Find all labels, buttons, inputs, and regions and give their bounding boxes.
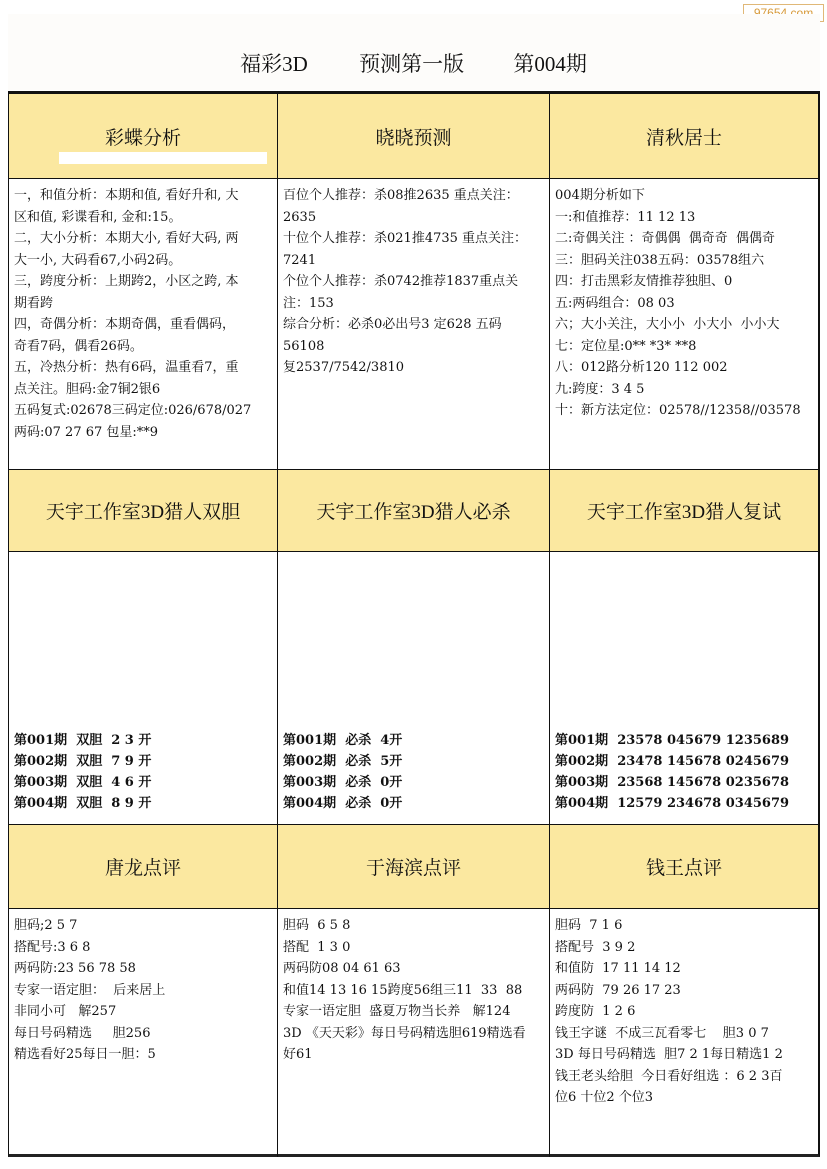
header-label: 于海滨点评 bbox=[366, 853, 461, 880]
header-label: 唐龙点评 bbox=[105, 853, 181, 880]
text-line: 第003期 必杀 0开 bbox=[283, 772, 545, 793]
text-line: 第004期 必杀 0开 bbox=[283, 793, 545, 814]
text-line: 大一小, 大码看67,小码2码。 bbox=[14, 250, 272, 272]
text-line: 十位个人推荐：杀021推4735 重点关注： bbox=[283, 228, 544, 250]
header-label: 清秋居士 bbox=[646, 123, 722, 150]
header-label: 晓晓预测 bbox=[375, 123, 451, 150]
text-line: 三：胆码关注038五码：03578组六 bbox=[555, 250, 813, 272]
header-label: 钱王点评 bbox=[646, 853, 722, 880]
prediction-table: 彩蝶分析 晓晓预测 清秋居士 一，和值分析：本期和值, 看好升和, 大区和值, … bbox=[8, 91, 820, 1157]
text-line: 注：153 bbox=[283, 293, 544, 315]
text-line: 第002期 23478 145678 0245679 bbox=[555, 751, 814, 772]
title-lottery-name: 福彩3D bbox=[240, 48, 308, 78]
text-line: 第002期 双胆 7 9 开 bbox=[14, 751, 273, 772]
text-line: 五码复式:02678三码定位:026/678/027 bbox=[14, 400, 272, 422]
text-line: 第001期 23578 045679 1235689 bbox=[555, 730, 814, 751]
redaction-smudge bbox=[69, 300, 259, 308]
header-qianwang: 钱王点评 bbox=[550, 825, 818, 908]
xiaoxiao-prediction: 百位个人推荐：杀08推2635 重点关注：2635十位个人推荐：杀021推473… bbox=[278, 179, 550, 469]
yuhaibin-review: 胆码 6 5 8搭配 1 3 0两码防08 04 61 63和值14 13 16… bbox=[278, 909, 550, 1157]
text-line: 两码防 79 26 17 23 bbox=[555, 980, 813, 1002]
header-must-kill: 天宇工作室3D猎人必杀 bbox=[278, 470, 550, 551]
text-line: 两码:07 27 67 包星:**9 bbox=[14, 422, 272, 444]
row2-body: 第001期 双胆 2 3 开第002期 双胆 7 9 开第003期 双胆 4 6… bbox=[9, 552, 818, 825]
text-line: 奇看7码，偶看26码。 bbox=[14, 336, 272, 358]
text-line: 每日号码精选 胆256 bbox=[14, 1023, 272, 1045]
qianwang-review: 胆码 7 1 6搭配号 3 9 2和值防 17 11 14 12两码防 79 2… bbox=[550, 909, 818, 1157]
text-line: 和值防 17 11 14 12 bbox=[555, 958, 813, 980]
text-line: 钱王老头给胆 今日看好组选 ：6 2 3百 bbox=[555, 1066, 813, 1088]
text-line: 第001期 必杀 4开 bbox=[283, 730, 545, 751]
text-line: 004期分析如下 bbox=[555, 185, 813, 207]
text-line: 第002期 必杀 5开 bbox=[283, 751, 545, 772]
text-line: 胆码;2 5 7 bbox=[14, 915, 272, 937]
text-line: 搭配 1 3 0 bbox=[283, 937, 544, 959]
text-line: 56108 bbox=[283, 336, 544, 358]
title-edition: 预测第一版 bbox=[359, 48, 464, 78]
text-line: 六；大小关注，大小小 小大小 小小大 bbox=[555, 314, 813, 336]
text-line: 位6 十位2 个位3 bbox=[555, 1087, 813, 1109]
text-line: 区和值, 彩谍看和, 金和:15。 bbox=[14, 207, 272, 229]
retest-history: 第001期 23578 045679 1235689第002期 23478 14… bbox=[550, 552, 818, 824]
text-line: 胆码 6 5 8 bbox=[283, 915, 544, 937]
row2-header: 天宇工作室3D猎人双胆 天宇工作室3D猎人必杀 天宇工作室3D猎人复试 bbox=[9, 470, 818, 552]
row1-header: 彩蝶分析 晓晓预测 清秋居士 bbox=[9, 94, 818, 179]
text-line: 第004期 双胆 8 9 开 bbox=[14, 793, 273, 814]
text-line: 点关注。胆码:金7铜2银6 bbox=[14, 379, 272, 401]
text-line: 3D 每日号码精选 胆7 2 1每日精选1 2 bbox=[555, 1044, 813, 1066]
text-line: 七：定位星:0** *3* **8 bbox=[555, 336, 813, 358]
text-line: 三，跨度分析：上期跨2，小区之跨, 本 bbox=[14, 271, 272, 293]
text-line: 胆码 7 1 6 bbox=[555, 915, 813, 937]
text-line: 九:跨度：3 4 5 bbox=[555, 379, 813, 401]
text-line: 二:奇偶关注 ：奇偶偶 偶奇奇 偶偶奇 bbox=[555, 228, 813, 250]
text-line: 2635 bbox=[283, 207, 544, 229]
text-line: 精选看好25每日一胆：5 bbox=[14, 1044, 272, 1066]
text-line: 五:两码组合：08 03 bbox=[555, 293, 813, 315]
text-line: 个位个人推荐：杀0742推荐1837重点关 bbox=[283, 271, 544, 293]
header-label: 彩蝶分析 bbox=[105, 123, 181, 150]
text-line: 专家一语定胆 盛夏万物当长养 解124 bbox=[283, 1001, 544, 1023]
header-xiaoxiao: 晓晓预测 bbox=[278, 94, 550, 178]
double-dan-history: 第001期 双胆 2 3 开第002期 双胆 7 9 开第003期 双胆 4 6… bbox=[9, 552, 278, 824]
text-line: 复2537/7542/3810 bbox=[283, 357, 544, 379]
text-line: 非同小可 解257 bbox=[14, 1001, 272, 1023]
text-line: 第004期 12579 234678 0345679 bbox=[555, 793, 814, 814]
header-yuhaibin: 于海滨点评 bbox=[278, 825, 550, 908]
text-line: 第003期 23568 145678 0235678 bbox=[555, 772, 814, 793]
header-qingqiu: 清秋居士 bbox=[550, 94, 818, 178]
text-line: 搭配号:3 6 8 bbox=[14, 937, 272, 959]
header-label: 天宇工作室3D猎人双胆 bbox=[46, 497, 240, 524]
text-line: 和值14 13 16 15跨度56组三11 33 88 bbox=[283, 980, 544, 1002]
text-line: 五，冷热分析：热有6码，温重看7，重 bbox=[14, 357, 272, 379]
header-tanglong: 唐龙点评 bbox=[9, 825, 278, 908]
header-caidie: 彩蝶分析 bbox=[9, 94, 278, 178]
text-line: 搭配号 3 9 2 bbox=[555, 937, 813, 959]
text-line: 跨度防 1 2 6 bbox=[555, 1001, 813, 1023]
text-line: 3D 《天天彩》每日号码精选胆619精选看 bbox=[283, 1023, 544, 1045]
title-issue: 第004期 bbox=[513, 48, 587, 78]
text-line: 综合分析：必杀0必出号3 定628 五码 bbox=[283, 314, 544, 336]
page-title: 福彩3D 预测第一版 第004期 bbox=[0, 48, 827, 78]
text-line: 第003期 双胆 4 6 开 bbox=[14, 772, 273, 793]
header-label: 天宇工作室3D猎人复试 bbox=[587, 497, 781, 524]
text-line: 两码防08 04 61 63 bbox=[283, 958, 544, 980]
text-line: 一，和值分析：本期和值, 看好升和, 大 bbox=[14, 185, 272, 207]
text-line: 二，大小分析：本期大小, 看好大码, 两 bbox=[14, 228, 272, 250]
tanglong-review: 胆码;2 5 7搭配号:3 6 8两码防:23 56 78 58专家一语定胆： … bbox=[9, 909, 278, 1157]
header-double-dan: 天宇工作室3D猎人双胆 bbox=[9, 470, 278, 551]
text-line: 四：打击黑彩友情推荐独胆、0 bbox=[555, 271, 813, 293]
text-line: 四，奇偶分析：本期奇偶，重看偶码， bbox=[14, 314, 272, 336]
text-line: 专家一语定胆： 后来居上 bbox=[14, 980, 272, 1002]
text-line: 两码防:23 56 78 58 bbox=[14, 958, 272, 980]
text-line: 一:和值推荐：11 12 13 bbox=[555, 207, 813, 229]
text-line: 好61 bbox=[283, 1044, 544, 1066]
text-line: 百位个人推荐：杀08推2635 重点关注： bbox=[283, 185, 544, 207]
row3-body: 胆码;2 5 7搭配号:3 6 8两码防:23 56 78 58专家一语定胆： … bbox=[9, 909, 818, 1157]
qingqiu-analysis: 004期分析如下一:和值推荐：11 12 13二:奇偶关注 ：奇偶偶 偶奇奇 偶… bbox=[550, 179, 818, 469]
header-label: 天宇工作室3D猎人必杀 bbox=[316, 497, 510, 524]
text-line: 十：新方法定位：02578//12358//03578 bbox=[555, 400, 813, 422]
text-line: 第001期 双胆 2 3 开 bbox=[14, 730, 273, 751]
text-line: 7241 bbox=[283, 250, 544, 272]
row3-header: 唐龙点评 于海滨点评 钱王点评 bbox=[9, 825, 818, 909]
row1-body: 一，和值分析：本期和值, 看好升和, 大区和值, 彩谍看和, 金和:15。二，大… bbox=[9, 179, 818, 470]
header-retest: 天宇工作室3D猎人复试 bbox=[550, 470, 818, 551]
caidie-analysis: 一，和值分析：本期和值, 看好升和, 大区和值, 彩谍看和, 金和:15。二，大… bbox=[9, 179, 278, 469]
text-line: 八：012路分析120 112 002 bbox=[555, 357, 813, 379]
text-line: 钱王字谜 不成三瓦看零七 胆3 0 7 bbox=[555, 1023, 813, 1045]
must-kill-history: 第001期 必杀 4开第002期 必杀 5开第003期 必杀 0开第004期 必… bbox=[278, 552, 550, 824]
redaction-bar bbox=[59, 152, 267, 164]
